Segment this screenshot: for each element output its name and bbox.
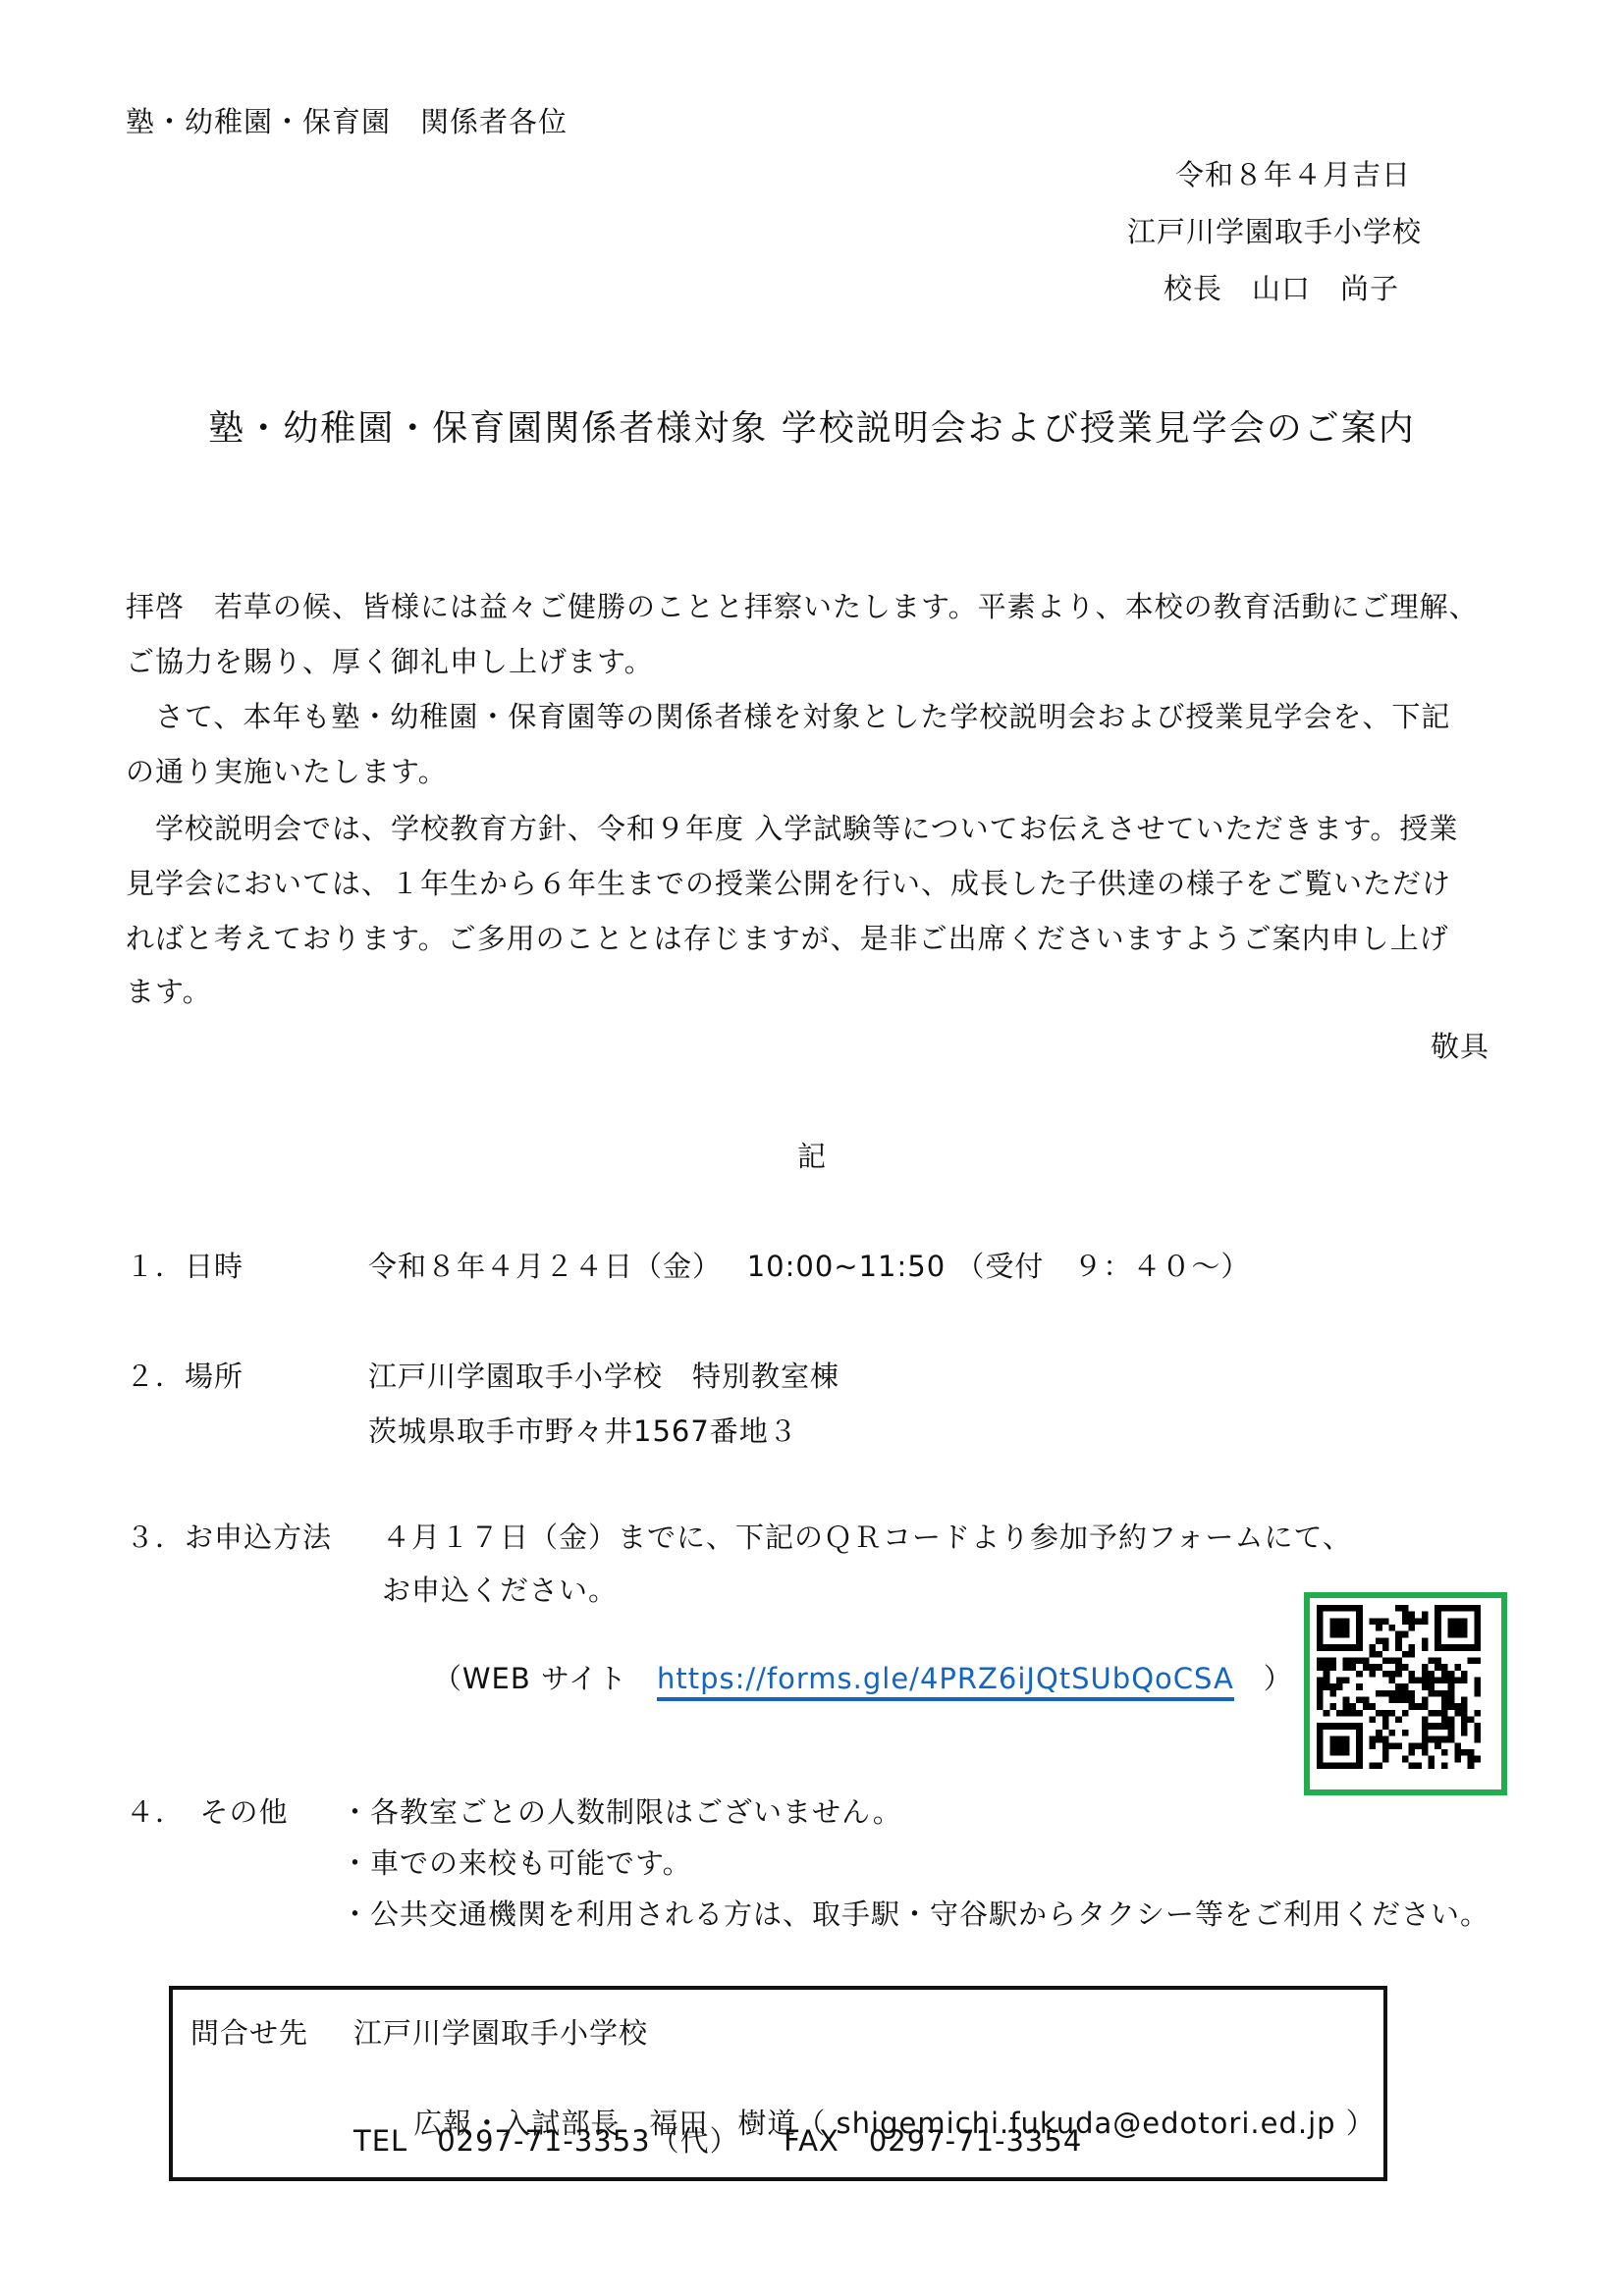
contact-school: 江戸川学園取手小学校: [353, 2015, 648, 2051]
closing-keigu: 敬具: [1431, 1029, 1489, 1064]
body-line: 学校説明会では、学校教育方針、令和９年度 入学試験等についてお伝えさせていただき…: [126, 811, 1458, 846]
body-line: の通り実施いたします。: [126, 754, 448, 789]
recipient-line: 塾・幼稚園・保育園 関係者各位: [126, 104, 568, 139]
qr-code-frame: [1304, 1592, 1507, 1795]
contact-box: 問合せ先 江戸川学園取手小学校 広報・入試部長 福田 樹道（ shigemich…: [169, 1986, 1387, 2181]
sender-date: 令和８年４月吉日: [1175, 157, 1411, 192]
item3-web-line: （WEB サイト https://forms.gle/4PRZ6iJQtSUbQ…: [393, 1626, 1293, 1733]
body-line: ます。: [126, 974, 212, 1009]
contact-person-suffix: ）: [1336, 2107, 1376, 2140]
web-site-prefix: （WEB サイト: [433, 1662, 657, 1695]
item3-line1: ４月１７日（金）までに、下記のＱＲコードより参加予約フォームにて、: [382, 1520, 1352, 1555]
body-line: さて、本年も塾・幼稚園・保育園等の関係者様を対象とした学校説明会および授業見学会…: [126, 699, 1450, 734]
web-site-suffix: ）: [1234, 1662, 1293, 1695]
item3-line2: お申込ください。: [382, 1573, 618, 1608]
item2-address: 茨城県取手市野々井1567番地３: [368, 1414, 798, 1449]
item2-label: ２．場所: [126, 1359, 244, 1394]
sender-school: 江戸川学園取手小学校: [1127, 214, 1422, 249]
item2-venue: 江戸川学園取手小学校 特別教室棟: [368, 1359, 839, 1394]
body-line: 拝啓 若草の候、皆様には益々ご健勝のことと拝察いたします。平素より、本校の教育活…: [126, 589, 1479, 624]
body-line: 見学会においては、１年生から６年生までの授業公開を行い、成長した子供達の様子をご…: [126, 866, 1451, 901]
item4-label: ４． その他: [126, 1794, 289, 1830]
body-line: ればと考えております。ご多用のこととは存じますが、是非ご出席くださいますようご案…: [126, 921, 1449, 956]
ki-marker: 記: [0, 1139, 1624, 1174]
item3-label: ３．お申込方法: [126, 1520, 332, 1555]
qr-code: [1317, 1605, 1481, 1769]
item1-label: １．日時: [126, 1249, 244, 1284]
contact-label: 問合せ先: [190, 2015, 308, 2051]
contact-tel-fax: TEL 0297-71-3353（代） FAX 0297-71-3354: [353, 2123, 1082, 2159]
item4-bullet: ・各教室ごとの人数制限はございません。: [341, 1794, 902, 1830]
reservation-form-link[interactable]: https://forms.gle/4PRZ6iJQtSUbQoCSA: [657, 1662, 1234, 1701]
item4-bullet: ・公共交通機関を利用される方は、取手駅・守谷駅からタクシー等をご利用ください。: [341, 1896, 1489, 1932]
document-page: 塾・幼稚園・保育園 関係者各位 令和８年４月吉日 江戸川学園取手小学校 校長 山…: [0, 0, 1624, 2296]
item1-value: 令和８年４月２４日（金） 10:00~11:50 （受付 ９：４０～）: [368, 1249, 1250, 1284]
document-title: 塾・幼稚園・保育園関係者様対象 学校説明会および授業見学会のご案内: [0, 400, 1624, 451]
body-line: ご協力を賜り、厚く御礼申し上げます。: [126, 644, 654, 679]
item4-bullet: ・車での来校も可能です。: [341, 1845, 692, 1881]
sender-principal: 校長 山口 尚子: [1164, 271, 1399, 306]
